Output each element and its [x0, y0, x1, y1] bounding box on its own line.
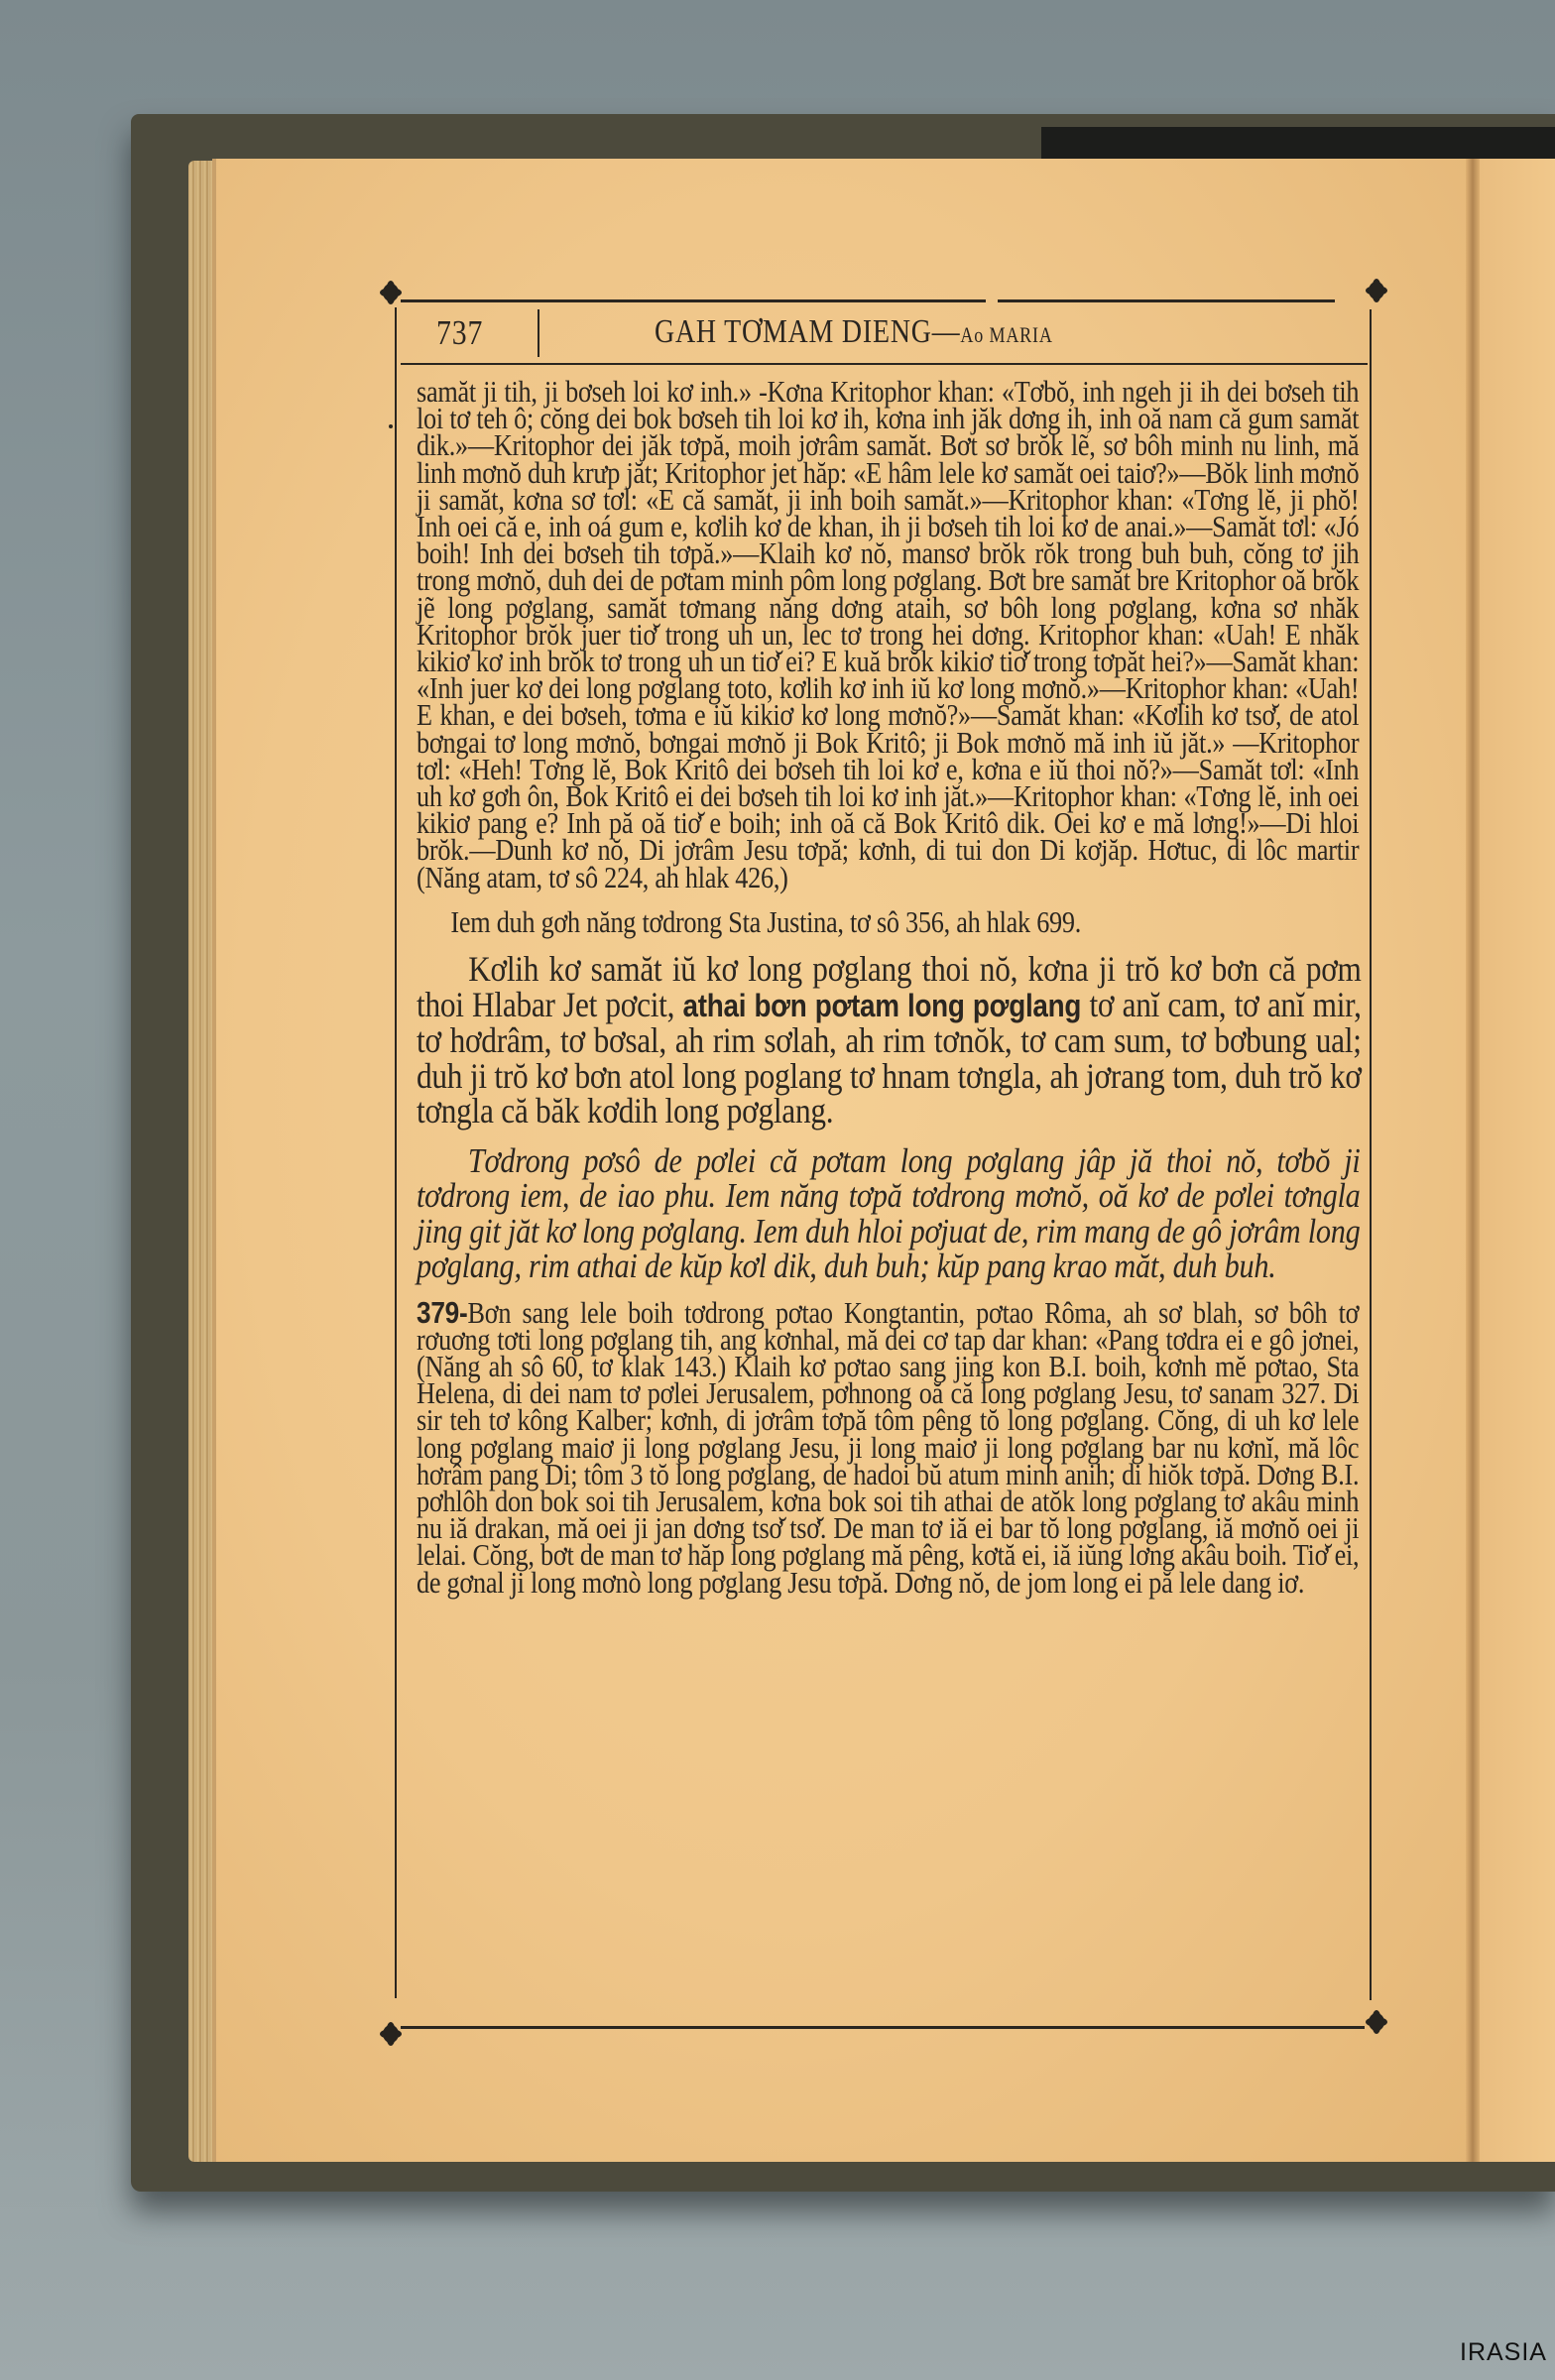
page-body: samăt ji tih, ji bơseh loi kơ inh.» -Kơn…: [417, 379, 1359, 1597]
instruction-bold-phrase: athai bơn pơtam long pơglang: [683, 988, 1082, 1023]
paragraph-reference: Iem duh gơh năng tơdrong Sta Justina, tơ…: [417, 909, 1359, 936]
section-text: Bơn sang lele boih tơdrong pơtao Kongtan…: [417, 1296, 1359, 1600]
rosette-ornament-icon: [383, 2025, 399, 2043]
margin-mark: [389, 424, 393, 428]
header-top-rule-right: [998, 299, 1335, 302]
page-gutter: [1466, 159, 1480, 2162]
header-divider: [538, 309, 539, 357]
running-title-main: GAH TƠMAM DIENG—: [655, 313, 960, 350]
header-bottom-rule: [401, 363, 1368, 365]
header-top-rule: [401, 299, 986, 302]
paragraph-section-379: 379-Bơn sang lele boih tơdrong pơtao Kon…: [417, 1300, 1359, 1597]
rosette-ornament-icon: [383, 284, 399, 301]
facing-page-edge: [1480, 159, 1555, 2162]
rosette-ornament-icon: [1369, 282, 1384, 299]
frame-right-border: [1370, 309, 1372, 2000]
page-number: 737: [436, 313, 496, 353]
frame-left-border: [395, 307, 397, 1998]
running-title: GAH TƠMAM DIENG—Ao MARIA: [655, 313, 1053, 351]
running-title-sub: Ao MARIA: [960, 322, 1052, 347]
paragraph-story: samăt ji tih, ji bơseh loi kơ inh.» -Kơn…: [417, 379, 1359, 892]
watermark-label: IRASIA: [1460, 2338, 1547, 2367]
footer-rule: [401, 2026, 1365, 2029]
rosette-ornament-icon: [1369, 2013, 1384, 2031]
paragraph-instruction: Kơlih kơ samăt iŭ kơ long pơglang thoi n…: [417, 952, 1362, 1130]
paragraph-italic-exhortation: Tơdrong pơsô de pơlei că pơtam long pơgl…: [417, 1143, 1361, 1284]
